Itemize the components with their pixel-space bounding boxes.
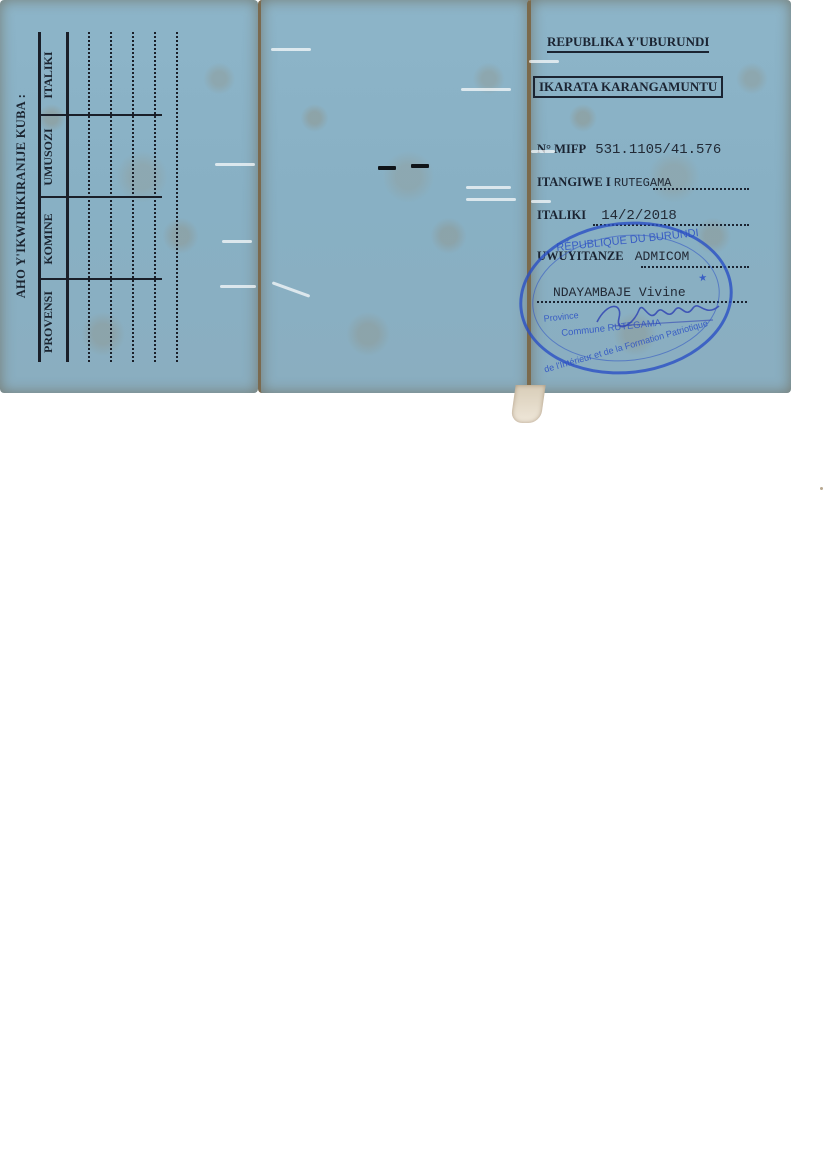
column-header-umusozi: UMUSOZI — [41, 117, 56, 197]
signature-icon — [593, 296, 723, 330]
column-header-italiki: ITALIKI — [41, 35, 56, 115]
field-label: ITANGIWE I — [537, 175, 611, 190]
table-row — [110, 32, 112, 362]
table-row — [176, 32, 178, 362]
printed-mark — [378, 166, 396, 170]
printed-mark — [411, 164, 429, 168]
field-mifp-number: N° MIFP 531.1105/41.576 — [537, 142, 721, 158]
star-icon: ★ — [698, 272, 708, 284]
address-history-table: AHO Y'IKWIRIKIRANIJE KUBA : PROVENSI KOM… — [14, 26, 244, 366]
field-value: 531.1105/41.576 — [595, 142, 721, 158]
card-middle-panel — [258, 0, 532, 393]
country-heading: REPUBLIKA Y'UBURUNDI — [547, 34, 709, 53]
card-title: IKARATA KARANGAMUNTU — [533, 76, 723, 98]
card-back-panel: AHO Y'IKWIRIKIRANIJE KUBA : PROVENSI KOM… — [0, 0, 258, 393]
address-history-title: AHO Y'IKWIRIKIRANIJE KUBA : — [14, 26, 29, 366]
field-issue-date: ITALIKI 14/2/2018 — [537, 208, 677, 224]
table-row — [88, 32, 90, 362]
field-label: ITALIKI — [537, 208, 586, 223]
field-issued-at: ITANGIWE I RUTEGAMA — [537, 175, 671, 190]
column-header-provensi: PROVENSI — [41, 282, 56, 362]
card-front-panel: REPUBLIKA Y'UBURUNDI IKARATA KARANGAMUNT… — [527, 0, 791, 393]
table-row — [154, 32, 156, 362]
torn-corner — [510, 385, 545, 423]
column-header-komine: KOMINE — [41, 199, 56, 279]
table-row — [132, 32, 134, 362]
